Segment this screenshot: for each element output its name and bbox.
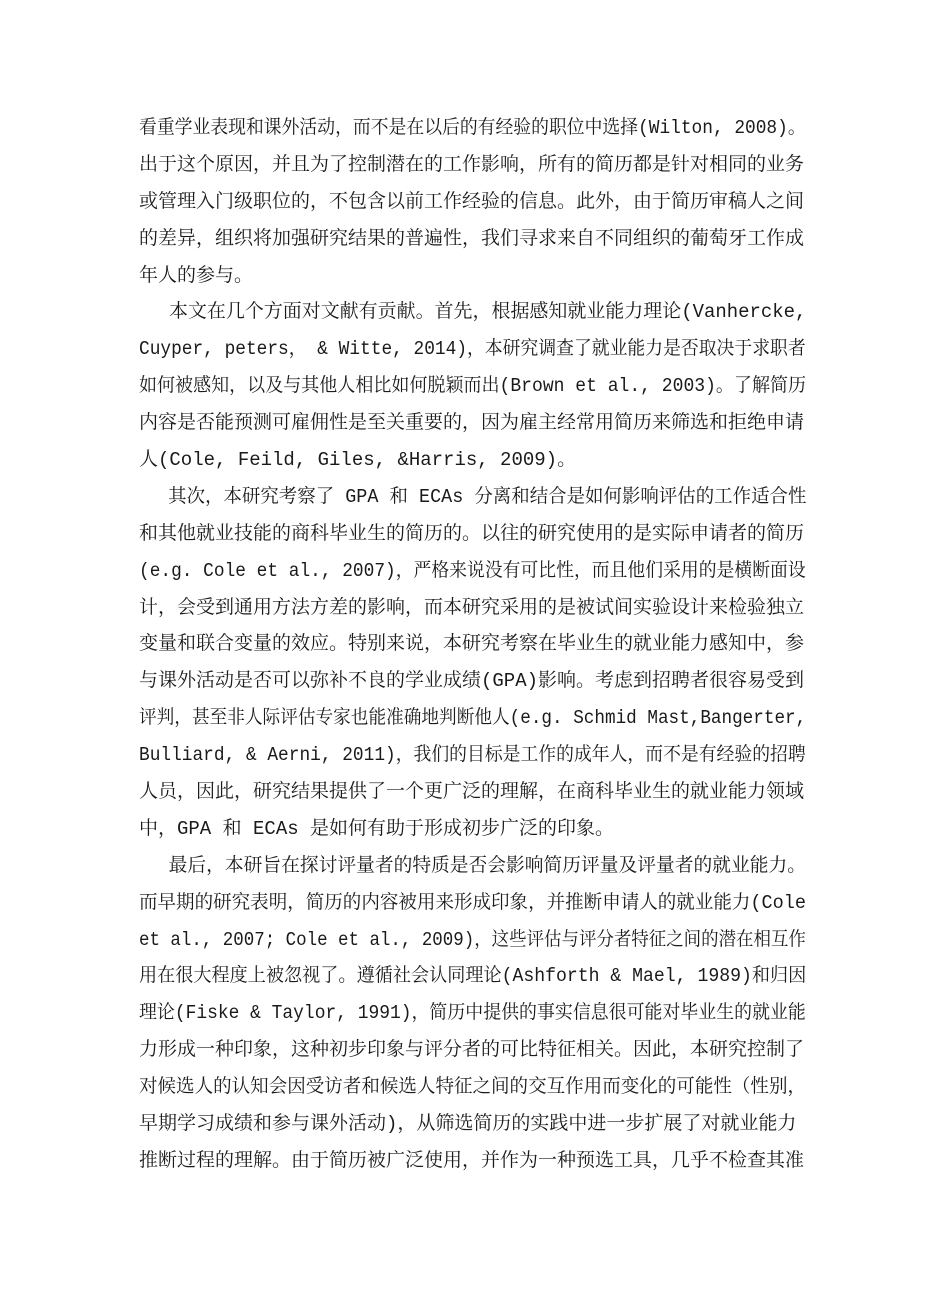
text-line-content: 评判，甚至非人际评估专家也能准确地判断他人(e.g. Schmid Mast,B… <box>139 707 806 729</box>
text-line: 内容是否能预测可雇佣性是至关重要的，因为雇主经常用简历来筛选和拒绝申请 <box>139 405 806 442</box>
text-line: 与课外活动是否可以弥补不良的学业成绩(GPA)影响。考虑到招聘者很容易受到 <box>139 663 806 700</box>
text-line: 的差异，组织将加强研究结果的普遍性，我们寻求来自不同组织的葡萄牙工作成 <box>139 221 806 258</box>
document-page: 看重学业表现和课外活动，而不是在以后的有经验的职位中选择(Wilton, 200… <box>0 0 926 1309</box>
text-line-content: 早期学习成绩和参与课外活动)，从筛选简历的实践中进一步扩展了对就业能力 <box>139 1113 796 1135</box>
paragraph: 本文在几个方面对文献有贡献。首先，根据感知就业能力理论(Vanhercke,Cu… <box>139 294 806 478</box>
text-line: 和其他就业技能的商科毕业生的简历的。以往的研究使用的是实际申请者的简历 <box>139 516 806 553</box>
text-line: 最后，本研旨在探讨评量者的特质是否会影响简历评量及评量者的就业能力。 <box>139 848 797 885</box>
text-line: 人(Cole, Feild, Giles, &Harris, 2009)。 <box>139 442 806 479</box>
text-line-content: 中，GPA 和 ECAs 是如何有助于形成初步广泛的印象。 <box>139 818 614 840</box>
text-line-content: 年人的参与。 <box>139 265 253 287</box>
text-line: 其次，本研究考察了 GPA 和 ECAs 分离和结合是如何影响评估的工作适合性 <box>139 479 787 516</box>
text-line: 出于这个原因，并且为了控制潜在的工作影响，所有的简历都是针对相同的业务 <box>139 147 806 184</box>
text-line: 计，会受到通用方法方差的影响，而本研究采用的是被试间实验设计来检验独立 <box>139 590 806 627</box>
text-line-content: et al., 2007; Cole et al., 2009)，这些评估与评分… <box>139 929 806 951</box>
text-line-content: 力形成一种印象，这种初步印象与评分者的可比特征相关。因此，本研究控制了 <box>139 1039 804 1061</box>
text-line: (e.g. Cole et al., 2007)，严格来说没有可比性，而且他们采… <box>139 553 765 590</box>
text-line-content: 人(Cole, Feild, Giles, &Harris, 2009)。 <box>139 449 576 471</box>
text-line-content: 而早期的研究表明，简历的内容被用来形成印象，并推断申请人的就业能力(Cole <box>139 892 806 914</box>
text-line-content: 内容是否能预测可雇佣性是至关重要的，因为雇主经常用简历来筛选和拒绝申请 <box>139 412 804 434</box>
first-line-indent <box>139 316 169 317</box>
text-line: 评判，甚至非人际评估专家也能准确地判断他人(e.g. Schmid Mast,B… <box>139 700 759 737</box>
text-line-content: 出于这个原因，并且为了控制潜在的工作影响，所有的简历都是针对相同的业务 <box>139 154 804 176</box>
body-text: 看重学业表现和课外活动，而不是在以后的有经验的职位中选择(Wilton, 200… <box>139 110 806 1180</box>
text-line: 而早期的研究表明，简历的内容被用来形成印象，并推断申请人的就业能力(Cole <box>139 885 789 922</box>
text-line: 本文在几个方面对文献有贡献。首先，根据感知就业能力理论(Vanhercke, <box>139 294 805 331</box>
text-line: 对候选人的认知会因受访者和候选人特征之间的交互作用而变化的可能性（性别， <box>139 1069 789 1106</box>
paragraph: 最后，本研旨在探讨评量者的特质是否会影响简历评量及评量者的就业能力。而早期的研究… <box>139 848 806 1180</box>
text-line-content: 如何被感知，以及与其他人相比如何脱颖而出(Brown et al., 2003)… <box>139 375 806 397</box>
text-line-content: 最后，本研旨在探讨评量者的特质是否会影响简历评量及评量者的就业能力。 <box>169 855 806 877</box>
text-line-content: 与课外活动是否可以弥补不良的学业成绩(GPA)影响。考虑到招聘者很容易受到 <box>139 670 804 692</box>
text-line: 早期学习成绩和参与课外活动)，从筛选简历的实践中进一步扩展了对就业能力 <box>139 1106 806 1143</box>
text-line-content: 看重学业表现和课外活动，而不是在以后的有经验的职位中选择(Wilton, 200… <box>139 117 806 139</box>
text-line-content: 本文在几个方面对文献有贡献。首先，根据感知就业能力理论(Vanhercke, <box>169 301 806 323</box>
first-line-indent <box>139 870 169 871</box>
text-line-content: 和其他就业技能的商科毕业生的简历的。以往的研究使用的是实际申请者的简历 <box>139 523 804 545</box>
text-line: 力形成一种印象，这种初步印象与评分者的可比特征相关。因此，本研究控制了 <box>139 1032 806 1069</box>
paragraph: 其次，本研究考察了 GPA 和 ECAs 分离和结合是如何影响评估的工作适合性和… <box>139 479 806 848</box>
text-line-content: 推断过程的理解。由于简历被广泛使用，并作为一种预选工具，几乎不检查其准 <box>139 1150 804 1172</box>
text-line: 变量和联合变量的效应。特别来说，本研究考察在毕业生的就业能力感知中，参 <box>139 626 806 663</box>
text-line-content: 变量和联合变量的效应。特别来说，本研究考察在毕业生的就业能力感知中，参 <box>139 633 804 655</box>
text-line-content: (e.g. Cole et al., 2007)，严格来说没有可比性，而且他们采… <box>139 560 806 582</box>
text-line-content: 对候选人的认知会因受访者和候选人特征之间的交互作用而变化的可能性（性别， <box>139 1076 806 1098</box>
text-line-content: 的差异，组织将加强研究结果的普遍性，我们寻求来自不同组织的葡萄牙工作成 <box>139 228 804 250</box>
paragraph: 看重学业表现和课外活动，而不是在以后的有经验的职位中选择(Wilton, 200… <box>139 110 806 294</box>
text-line: 如何被感知，以及与其他人相比如何脱颖而出(Brown et al., 2003)… <box>139 368 772 405</box>
text-line: 推断过程的理解。由于简历被广泛使用，并作为一种预选工具，几乎不检查其准 <box>139 1143 806 1180</box>
text-line-content: 或管理入门级职位的，不包含以前工作经验的信息。此外，由于简历审稿人之间 <box>139 191 804 213</box>
text-line: 年人的参与。 <box>139 258 806 295</box>
text-line: 中，GPA 和 ECAs 是如何有助于形成初步广泛的印象。 <box>139 811 806 848</box>
text-line-content: 人员，因此，研究结果提供了一个更广泛的理解，在商科毕业生的就业能力领域 <box>139 781 804 803</box>
text-line: 看重学业表现和课外活动，而不是在以后的有经验的职位中选择(Wilton, 200… <box>139 110 765 147</box>
text-line: 或管理入门级职位的，不包含以前工作经验的信息。此外，由于简历审稿人之间 <box>139 184 806 221</box>
first-line-indent <box>139 501 168 502</box>
text-line: Bulliard, & Aerni, 2011)，我们的目标是工作的成年人，而不… <box>139 737 765 774</box>
text-line: 理论(Fiske & Taylor, 1991)，简历中提供的事实信息很可能对毕… <box>139 995 768 1032</box>
text-line-content: 计，会受到通用方法方差的影响，而本研究采用的是被试间实验设计来检验独立 <box>139 597 804 619</box>
text-line: 用在很大程度上被忽视了。遵循社会认同理论(Ashforth & Mael, 19… <box>139 958 775 995</box>
text-line: et al., 2007; Cole et al., 2009)，这些评估与评分… <box>139 922 752 959</box>
text-line-content: 用在很大程度上被忽视了。遵循社会认同理论(Ashforth & Mael, 19… <box>139 965 806 987</box>
text-line: Cuyper, peters， & Witte, 2014)，本研究调查了就业能… <box>139 331 765 368</box>
text-line: 人员，因此，研究结果提供了一个更广泛的理解，在商科毕业生的就业能力领域 <box>139 774 806 811</box>
text-line-content: Cuyper, peters， & Witte, 2014)，本研究调查了就业能… <box>139 338 806 360</box>
text-line-content: 理论(Fiske & Taylor, 1991)，简历中提供的事实信息很可能对毕… <box>139 1002 806 1024</box>
text-line-content: 其次，本研究考察了 GPA 和 ECAs 分离和结合是如何影响评估的工作适合性 <box>168 486 806 508</box>
text-line-content: Bulliard, & Aerni, 2011)，我们的目标是工作的成年人，而不… <box>139 744 806 766</box>
